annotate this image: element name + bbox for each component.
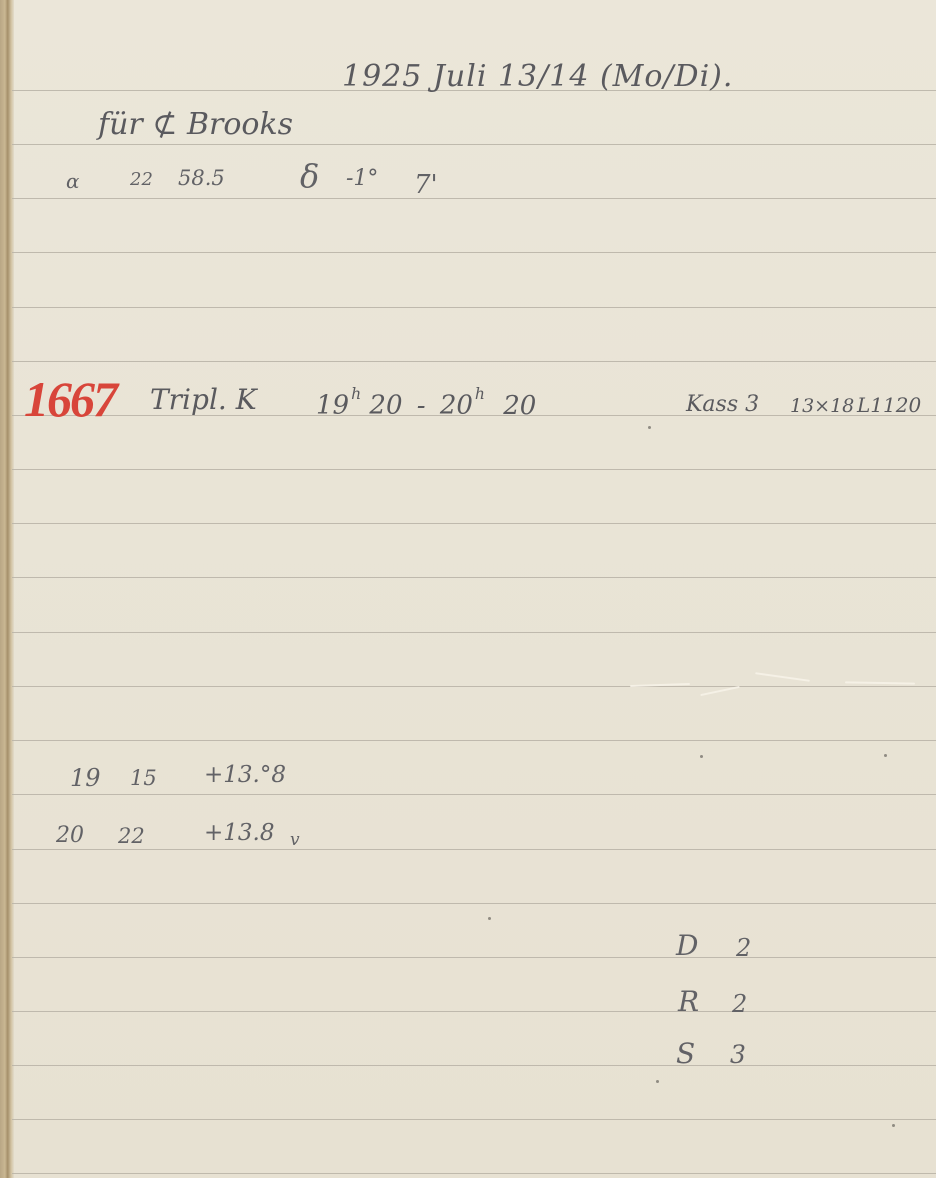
end-hour: 20 (440, 391, 473, 421)
paper-speck (656, 1080, 659, 1083)
paper-speck (892, 1124, 895, 1127)
paper-crease (755, 672, 810, 682)
reading-2-minute: 22 (118, 826, 145, 847)
paper-speck (700, 755, 703, 758)
rating-d-label: D (676, 932, 698, 960)
rating-s-label: S (676, 1040, 695, 1068)
ruled-line (12, 252, 936, 253)
comet-note: für ⊄ Brooks (98, 110, 293, 140)
rating-r-label: R (678, 988, 699, 1016)
right-ascension-hours: 22 (130, 171, 153, 189)
paper-speck (648, 426, 651, 429)
start-minute: 20 (369, 391, 402, 421)
reading-1-hour: 19 (70, 766, 101, 790)
reading-1-minute: 15 (130, 768, 157, 789)
reading-2-hour: 20 (56, 825, 84, 847)
paper-speck (884, 754, 887, 757)
reading-1-value: +13.°8 (204, 764, 286, 787)
page-binding-edge (0, 0, 14, 1178)
delta-symbol: δ (300, 160, 319, 192)
time-separator: - (417, 391, 426, 421)
cassette-label: Kass 3 (686, 394, 759, 416)
date-line: 1925 Juli 13/14 (Mo/Di). (342, 62, 733, 92)
ruled-line (12, 361, 936, 362)
end-minute: 20 (503, 391, 536, 421)
ruled-line (12, 144, 936, 145)
alpha-symbol: α (66, 171, 80, 191)
right-ascension-minutes: 58.5 (178, 168, 225, 189)
ruled-line (12, 740, 936, 741)
reading-2-check-mark: v (290, 832, 300, 849)
rating-d-value: 2 (736, 936, 751, 960)
declination-minutes: 7' (414, 172, 438, 198)
ruled-line (12, 957, 936, 958)
instrument-label: Tripl. K (150, 386, 257, 414)
ruled-line (12, 469, 936, 470)
rating-r-value: 2 (732, 992, 747, 1016)
declination-degrees: -1° (346, 168, 378, 190)
plate-id: L1120 (857, 395, 921, 415)
paper-crease (845, 681, 915, 684)
ruled-line (12, 577, 936, 578)
ruled-line (12, 1119, 936, 1120)
ruled-line (12, 903, 936, 904)
ruled-line (12, 1173, 936, 1174)
ruled-line (12, 1065, 936, 1066)
ruled-line (12, 523, 936, 524)
entry-number: 1667 (24, 374, 116, 424)
reading-2-value: +13.8 (204, 822, 274, 845)
ruled-line (12, 849, 936, 850)
notebook-page: 1925 Juli 13/14 (Mo/Di). für ⊄ Brooks α … (0, 0, 936, 1178)
ruled-line (12, 307, 936, 308)
ruled-line (12, 1011, 936, 1012)
exposure-time-range: 19h 20 - 20h 20 (316, 392, 536, 419)
plate-size: 13×18 (790, 397, 854, 416)
ruled-line (12, 686, 936, 687)
ruled-line (12, 632, 936, 633)
paper-crease (700, 686, 740, 696)
paper-speck (488, 917, 491, 920)
rating-s-value: 3 (730, 1042, 746, 1067)
start-hour: 19 (316, 391, 349, 421)
hour-mark: h (351, 385, 361, 403)
ruled-line (12, 794, 936, 795)
ruled-line (12, 198, 936, 199)
hour-mark: h (475, 385, 485, 403)
